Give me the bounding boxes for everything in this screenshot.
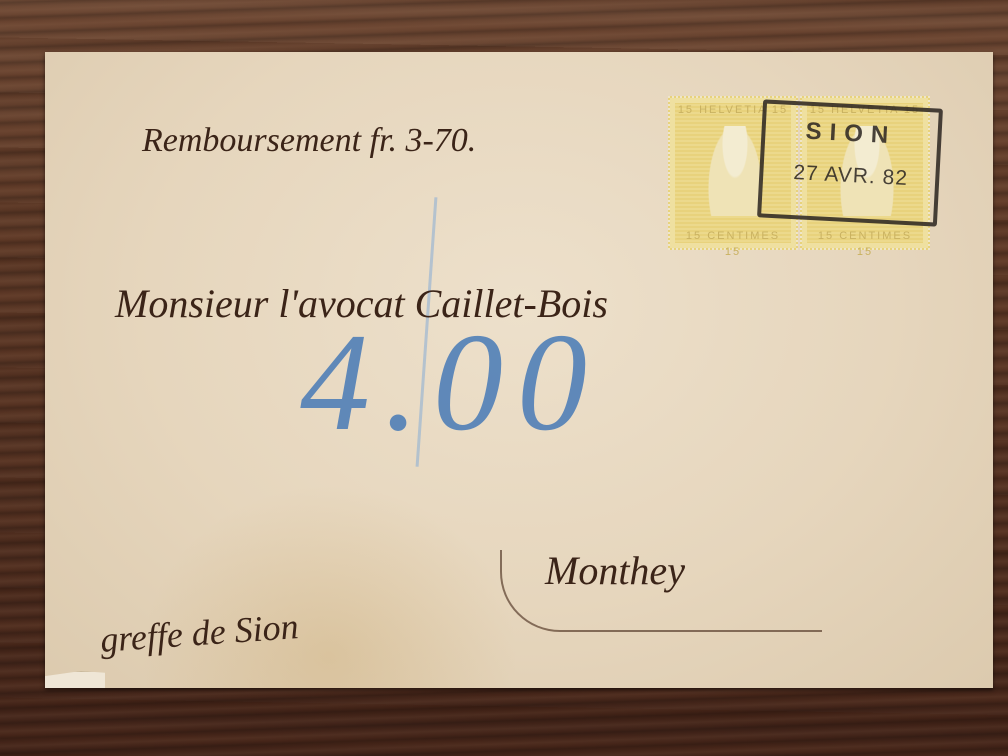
stamp-bottom-text: 15 CENTIMES 15 xyxy=(808,228,922,244)
addressee: Monsieur l'avocat Caillet-Bois xyxy=(115,280,608,327)
seated-helvetia-icon xyxy=(708,126,762,216)
cod-amount-header: Remboursement fr. 3-70. xyxy=(142,122,476,160)
postmark: SION 27 AVR. 82 xyxy=(757,99,943,226)
postmark-town: SION xyxy=(805,118,897,151)
postmark-date: 27 AVR. 82 xyxy=(793,161,909,191)
envelope: 15 HELVETIA 15 15 CENTIMES 15 15 HELVETI… xyxy=(45,52,993,688)
sender-note: greffe de Sion xyxy=(99,605,300,661)
destination-town: Monthey xyxy=(545,547,685,594)
torn-corner xyxy=(45,671,105,688)
stamp-bottom-text: 15 CENTIMES 15 xyxy=(676,228,790,244)
